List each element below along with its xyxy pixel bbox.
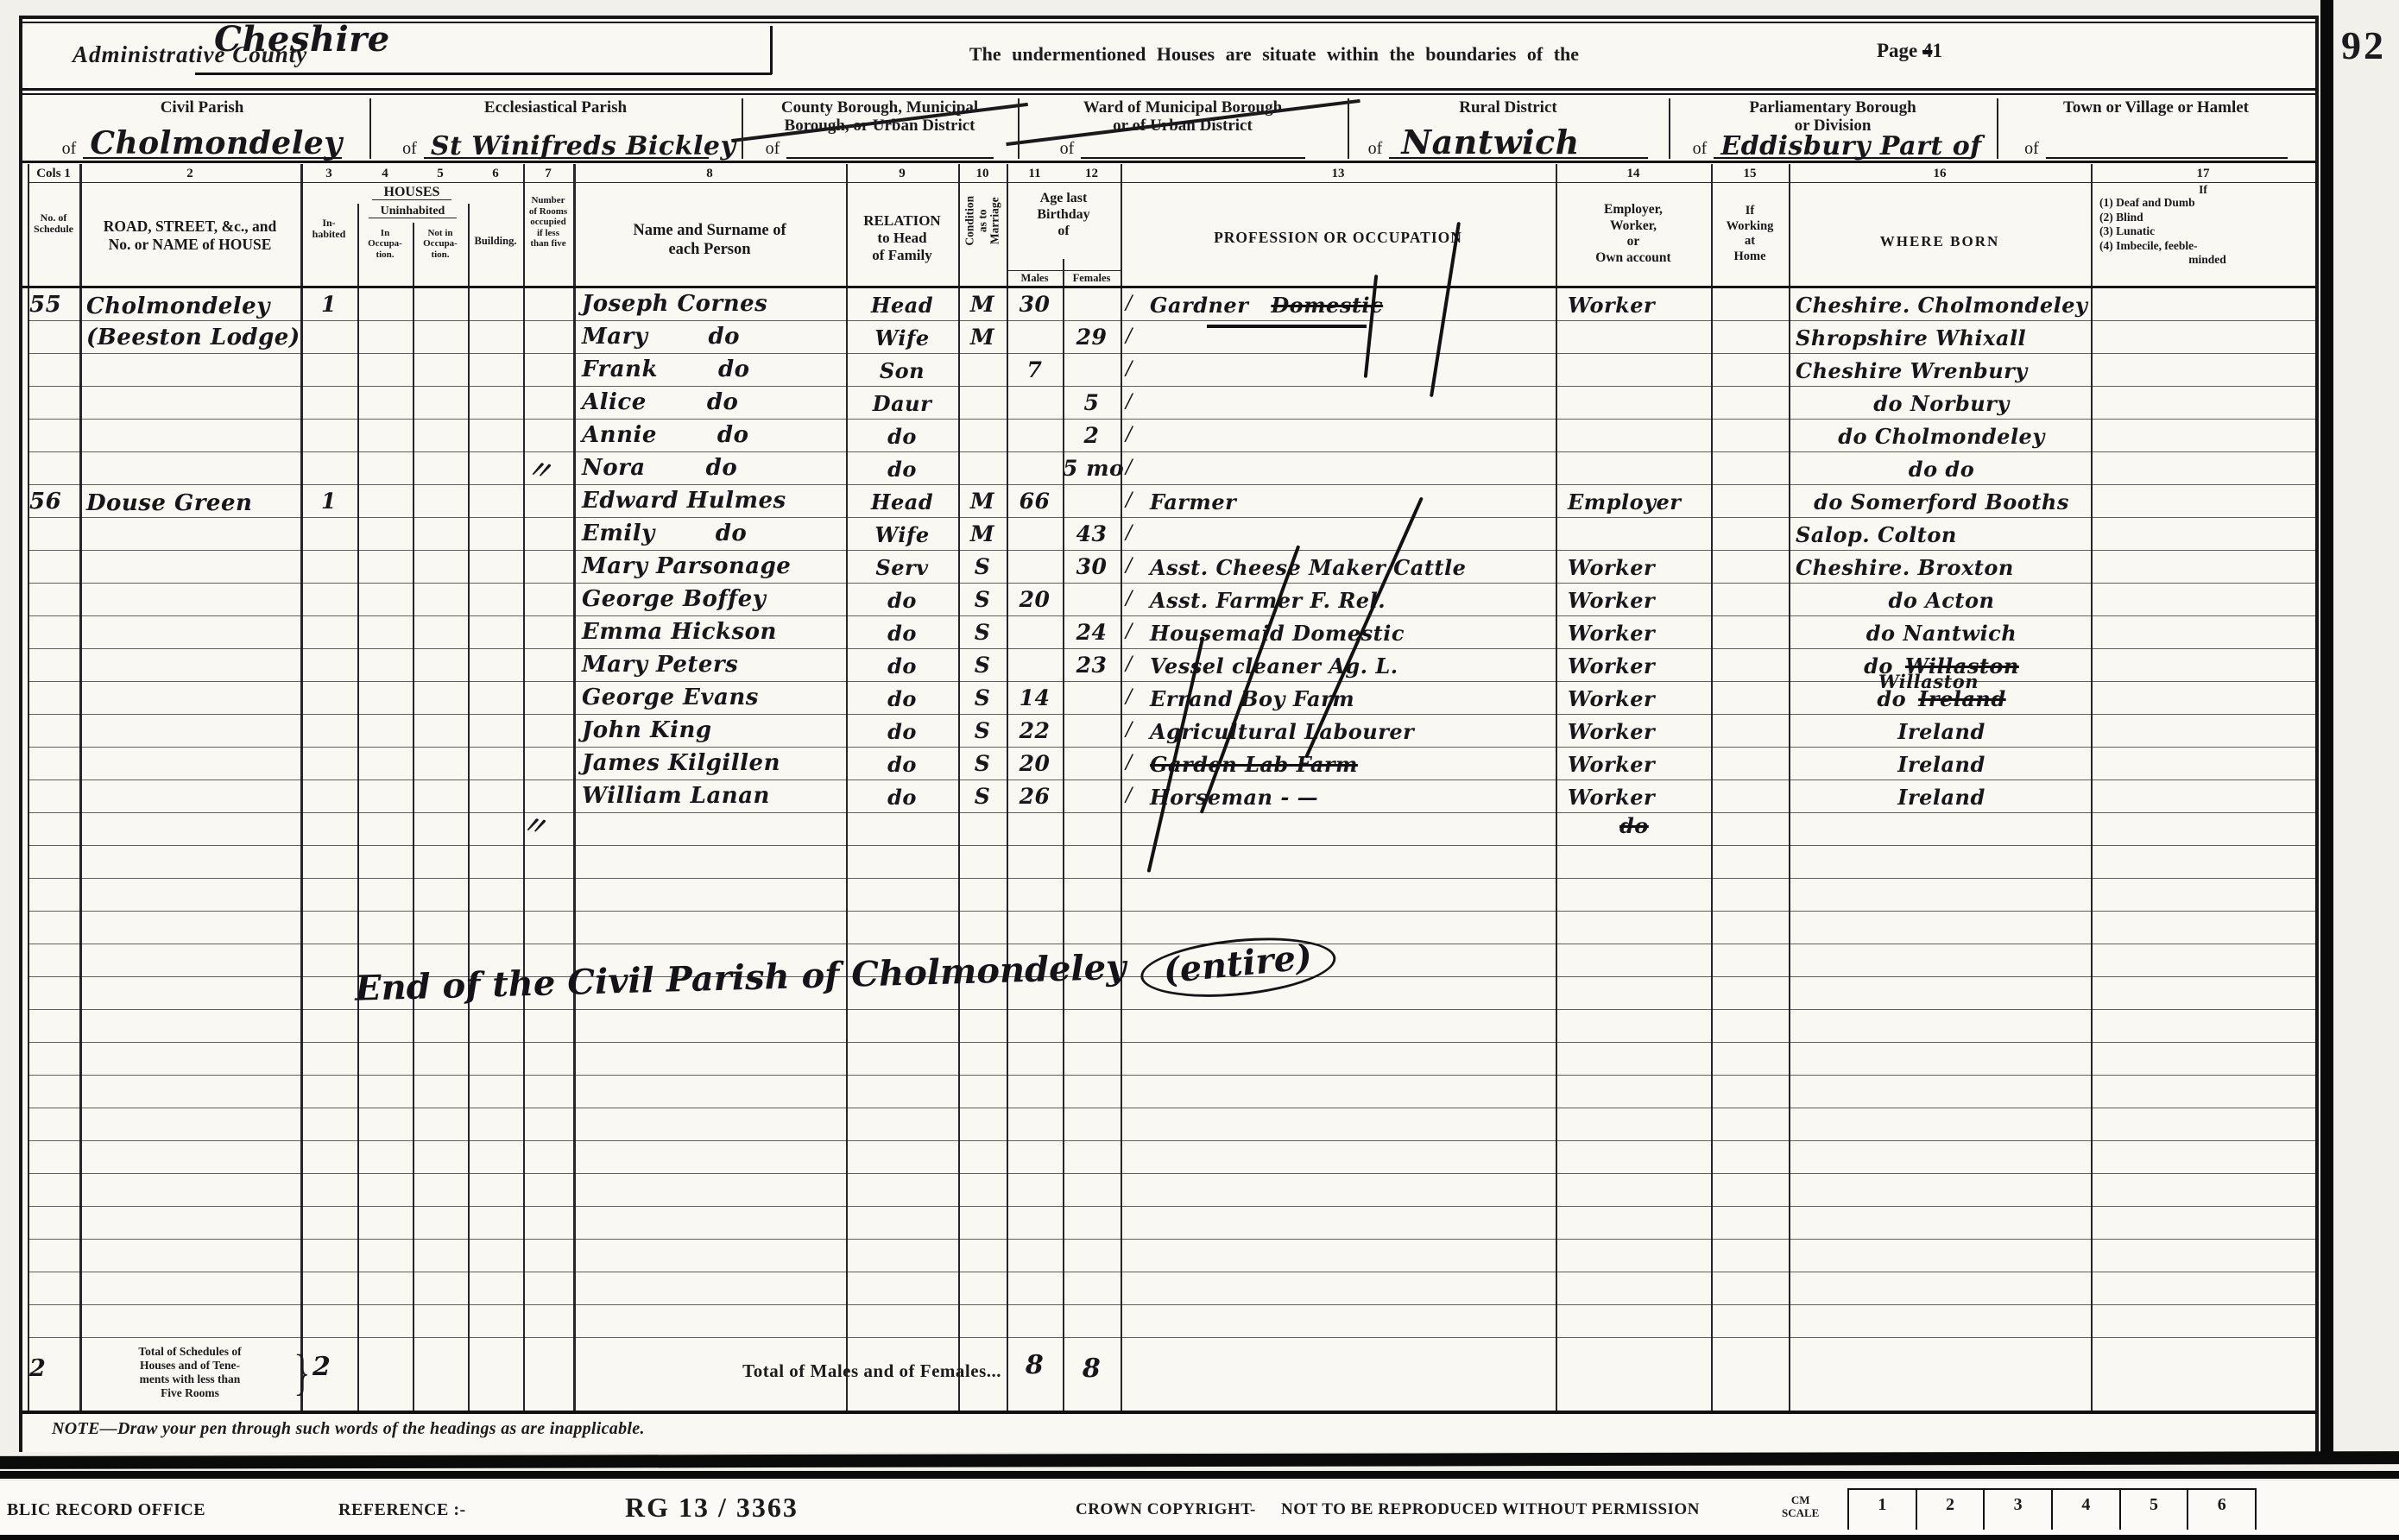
person-name: Emilydo [582,521,747,546]
employer-worker-status: Worker [1568,752,1655,777]
row-rule-line [28,615,2315,617]
employer-worker-status: Worker [1568,588,1655,613]
relation-to-head: Head [846,293,958,318]
rule-line [22,286,2315,288]
houses-inhabited-count: 1 [300,489,357,514]
relation-to-head: Serv [846,555,958,580]
person-name: Mary Peters [582,652,738,678]
address-line: Cholmondeley [86,291,300,322]
person-name: Joseph Cornes [582,291,767,317]
row-rule-line [28,845,2315,847]
column-line [1789,164,1790,1412]
header-employer: 14 Employer,Worker,orOwn account [1556,164,1711,287]
col-number-5: 5 [413,167,468,181]
row-rule-line [28,451,2315,453]
column-line [1121,164,1122,1412]
building-label: Building. [468,235,523,247]
birthplace: do do [1796,457,2087,482]
col-number-17: 17 [2091,164,2315,183]
pen-tick-mark: / [1126,653,1133,675]
row-rule-line [28,517,2315,519]
marriage-condition: S [958,587,1007,612]
scan-black-band [0,1451,2399,1469]
row-rule-line [28,1140,2315,1142]
occupation: Asst. Cheese Maker Cattle [1150,555,1466,580]
reference-number: RG 13 / 3363 [625,1492,799,1524]
column-line [523,164,525,1412]
header-condition: 10 Conditionas toMarriage [958,164,1007,287]
pen-tick-mark: / [1126,752,1133,773]
header-profession: 13 PROFESSION OR OCCUPATION [1121,164,1556,287]
separator-dash: - [1250,1500,1256,1519]
pen-tick-mark: / [1126,325,1133,347]
person-name: Emma Hickson [582,619,777,645]
birthplace: Cheshire. Broxton [1796,555,2087,580]
house-address: Cholmondeley(Beeston Lodge) [86,291,300,353]
relation-to-head: do [846,621,958,646]
row-rule-line [28,419,2315,420]
header-working-at-home: 15 IfWorkingatHome [1711,164,1789,287]
person-name: Edward Hulmes [582,488,786,514]
relation-to-head: Wife [846,522,958,547]
header-schedule: Cols 1 No. ofSchedule [28,164,79,287]
col-number-3: 3 [300,167,357,181]
relation-to-head: Son [846,358,958,383]
houses-inhabited-count: 1 [300,292,357,317]
totals-schedules-value: 2 [313,1352,331,1382]
employer-worker-status: Worker [1568,653,1655,678]
birthplace: Ireland [1796,752,2087,777]
reference-label: REFERENCE :- [338,1500,466,1520]
schedule-number: 55 [29,292,61,318]
pen-tick-mark: / [1126,785,1133,806]
col-number-7: 7 [523,164,573,183]
birthplace: do Cholmondeley [1796,424,2087,449]
column-header-band: Cols 1 No. ofSchedule 2 ROAD, STREET, &c… [22,164,2315,287]
relation-to-head: do [846,424,958,449]
column-line [1556,164,1557,1412]
scan-black-band [0,1471,2399,1479]
ruler-cell-2: 2 [1917,1490,1985,1530]
person-name: John King [582,717,712,743]
row-rule-line [28,747,2315,748]
occupation: Farmer [1150,489,1236,514]
col-number-13: 13 [1121,164,1556,183]
pen-tick-mark: / [1126,424,1133,445]
age-females: 5 [1063,390,1121,415]
pen-tick-mark: / [1126,621,1133,642]
relation-to-head: do [846,752,958,777]
scan-page-edge [2320,0,2333,1461]
occupation: Agricultural Labourer [1150,719,1414,744]
age-males: 26 [1007,784,1063,809]
col-number-6: 6 [468,167,523,181]
birthplace: Cheshire. Cholmondeley [1796,293,2087,318]
row-rule-line [28,648,2315,650]
ruler-cell-1: 1 [1847,1490,1917,1530]
col-number-14: 14 [1556,164,1711,183]
header-where-born: 16 WHERE BORN [1789,164,2091,287]
header-road-street: 2 ROAD, STREET, &c., andNo. or NAME of H… [79,164,300,287]
females-label: Females [1063,272,1121,285]
marriage-condition: S [958,751,1007,776]
relation-to-head: do [846,719,958,744]
relation-to-head: Wife [846,325,958,350]
footnote: NOTE—Draw your pen through such words of… [52,1419,645,1439]
not-in-occupation-label: Not inOccupa-tion. [413,228,468,260]
schedule-number: 56 [29,489,61,514]
row-rule-line [28,353,2315,355]
employer-worker-status: Worker [1568,555,1655,580]
employer-worker-status: Worker [1568,293,1655,318]
age-males: 22 [1007,718,1063,743]
employer-worker-status: Worker [1568,686,1655,711]
pen-underline [1207,325,1367,328]
marriage-condition: M [958,292,1007,317]
house-address: Douse Green [86,488,252,519]
row-rule-line [28,1272,2315,1273]
employer-worker-status: Worker [1568,621,1655,646]
row-rule-line [28,911,2315,912]
birthplace: Cheshire Wrenbury [1796,358,2087,383]
occupation: GardnerDomestic [1150,293,1383,318]
col-number-4: 4 [357,167,413,181]
condition-as-to-marriage-label: Conditionas toMarriage [963,174,1001,268]
relation-to-head: do [846,686,958,711]
houses-label: HOUSES [372,185,452,200]
col-number-16: 16 [1789,164,2091,183]
piece-number: 92 [2341,22,2386,68]
relation-to-head: Daur [846,391,958,416]
birthplace: Shropshire Whixall [1796,325,2087,350]
ruler-cell-4: 4 [2053,1490,2121,1530]
row-rule-line [28,1239,2315,1240]
scan-bottom-edge [0,1535,2399,1540]
occupation: Vessel cleaner Ag. L. [1150,653,1398,678]
col-number-1: Cols 1 [28,164,79,183]
occupation: Horseman - — [1150,785,1318,810]
column-line [79,164,82,1412]
person-name: George Evans [582,685,759,710]
row-rule-line [28,386,2315,388]
col-number-8: 8 [573,164,846,183]
column-line [28,164,29,1412]
header-age-group: 1112 Age lastBirthdayof MalesFemales [1007,164,1121,287]
marriage-condition: S [958,620,1007,645]
person-name: William Lanan [582,783,770,809]
employer-worker-status: Worker [1568,785,1655,810]
reproduction-notice: NOT TO BE REPRODUCED WITHOUT PERMISSION [1281,1500,1700,1519]
relation-to-head: do [846,653,958,678]
relation-to-head: do [846,588,958,613]
ruler-cell-3: 3 [1985,1490,2053,1530]
person-name: James Kilgillen [582,750,780,776]
age-females: 29 [1063,325,1121,350]
pen-tick-mark: / [1126,522,1133,544]
row-rule-line [28,1173,2315,1175]
row-rule-line [28,1337,2315,1339]
row-rule-line [28,550,2315,552]
person-name: George Boffey [582,586,766,612]
pen-tick-mark: / [1126,686,1133,708]
pen-tick-mark: / [1126,457,1133,478]
pen-tick-mark: / [1126,358,1133,380]
occupation: Errand Boy Farm [1150,686,1354,711]
ruler-cell-5: 5 [2121,1490,2189,1530]
age-females: 43 [1063,521,1121,546]
crown-copyright-label: CROWN COPYRIGHT [1076,1500,1252,1519]
occupation: Asst. Farmer F. Rel. [1150,588,1386,613]
person-name: Norado [582,455,737,481]
marriage-condition: S [958,718,1007,743]
row-rule-line [28,583,2315,584]
margin-total-value: 2 [29,1355,46,1382]
pen-tick-mark: / [1126,719,1133,741]
row-rule-line [28,714,2315,716]
age-males: 66 [1007,489,1063,514]
age-females: 23 [1063,653,1121,678]
col-number-9: 9 [846,164,958,183]
pen-tick-mark: / [1126,293,1133,314]
header-relation: 9 RELATIONto Headof Family [846,164,958,287]
row-rule-line [28,1108,2315,1109]
marriage-condition: S [958,685,1007,710]
occupation: Garden Lab Farm [1150,752,1358,777]
column-line [2091,164,2093,1412]
birthplace: Ireland [1796,785,2087,810]
age-females: 24 [1063,620,1121,645]
age-females: 2 [1063,423,1121,448]
marriage-condition: M [958,489,1007,514]
row-rule-line [28,484,2315,486]
age-males: 20 [1007,751,1063,776]
table-bottom-rule [22,1411,2315,1414]
pen-tick-mark: / [1126,555,1133,577]
row-rule-line [28,320,2315,322]
col-number-2: 2 [79,164,300,183]
marriage-condition: M [958,521,1007,546]
person-name: Marydo [582,324,740,350]
marriage-condition: S [958,784,1007,809]
column-line [573,164,576,1412]
column-line [1711,164,1713,1412]
person-name: Mary Parsonage [582,553,791,579]
age-males: 30 [1007,292,1063,317]
birthplace: Salop. Colton [1796,522,2087,547]
row-rule-line [28,1075,2315,1076]
inhabited-label: In-habited [300,218,357,241]
age-females: 30 [1063,554,1121,579]
census-scan-root: Administrative County Cheshire The under… [0,0,2399,1540]
row-rule-line [28,812,2315,814]
footer-band: BLIC RECORD OFFICE REFERENCE :- RG 13 / … [0,1481,2399,1535]
brace-glyph: } [294,1343,310,1401]
relation-to-head: do [846,785,958,810]
birthplace: do Acton [1796,588,2087,613]
address-line: (Beeston Lodge) [86,322,300,353]
males-label: Males [1007,272,1063,285]
birthplace: doIrelandWillaston [1796,686,2087,711]
birthplace: do Norbury [1796,391,2087,416]
header-houses-group: 3456 HOUSES Uninhabited In-habited InOcc… [300,164,523,287]
row-rule-line [28,1304,2315,1306]
age-males: 7 [1007,357,1063,382]
pen-tick-mark: / [1126,391,1133,413]
col-number-12: 12 [1063,167,1121,181]
column-line [300,164,303,1412]
cm-ruler: 1 2 3 4 5 6 [1847,1488,2257,1530]
column-line [413,223,414,1412]
row-rule-line [28,1042,2315,1044]
age-males: 14 [1007,685,1063,710]
age-males: 20 [1007,587,1063,612]
employer-worker-status: Worker [1568,719,1655,744]
col-number-11: 11 [1007,167,1063,181]
ruler-cell-6: 6 [2188,1490,2257,1530]
marriage-condition: S [958,653,1007,678]
person-name: Anniedo [582,422,748,448]
age-females: 5 mo [1063,456,1121,481]
cm-scale-label: CMSCALE [1782,1493,1819,1519]
header-name: 8 Name and Surname ofeach Person [573,164,846,287]
row-rule-line [28,1206,2315,1208]
totals-males-females-label: Total of Males and of Females... [575,1360,1001,1382]
census-form-page: Administrative County Cheshire The under… [19,16,2319,1452]
header-rooms: 7 Numberof Roomsoccupiedif lessthan five [523,164,573,287]
totals-schedules-label: Total of Schedules ofHouses and of Tene-… [86,1345,294,1400]
employer-worker-status: Employer [1568,489,1681,514]
row-rule-line [28,878,2315,880]
birthplace: do Nantwich [1796,621,2087,646]
total-females-value: 8 [1063,1354,1121,1384]
col-number-15: 15 [1711,164,1789,183]
uninhabited-label: Uninhabited [369,205,458,218]
birthplace: do Somerford Booths [1796,489,2087,514]
in-occupation-label: InOccupa-tion. [357,228,413,260]
relation-to-head: Head [846,489,958,514]
person-name: Alicedo [582,389,738,415]
pen-tick-mark: / [1126,588,1133,609]
marriage-condition: S [958,554,1007,579]
address-line: Douse Green [86,488,252,519]
total-males-value: 8 [1007,1350,1063,1380]
record-office-label: BLIC RECORD OFFICE [7,1500,205,1520]
birthplace: Ireland [1796,719,2087,744]
header-infirmities: 17 If (1) Deaf and Dumb(2) Blind(3) Luna… [2091,164,2315,287]
employer-struck-ditto: do [1619,813,1649,838]
relation-to-head: do [846,457,958,482]
marriage-condition: M [958,325,1007,350]
person-name: Frankdo [582,357,750,382]
pen-tick-mark: / [1126,489,1133,511]
